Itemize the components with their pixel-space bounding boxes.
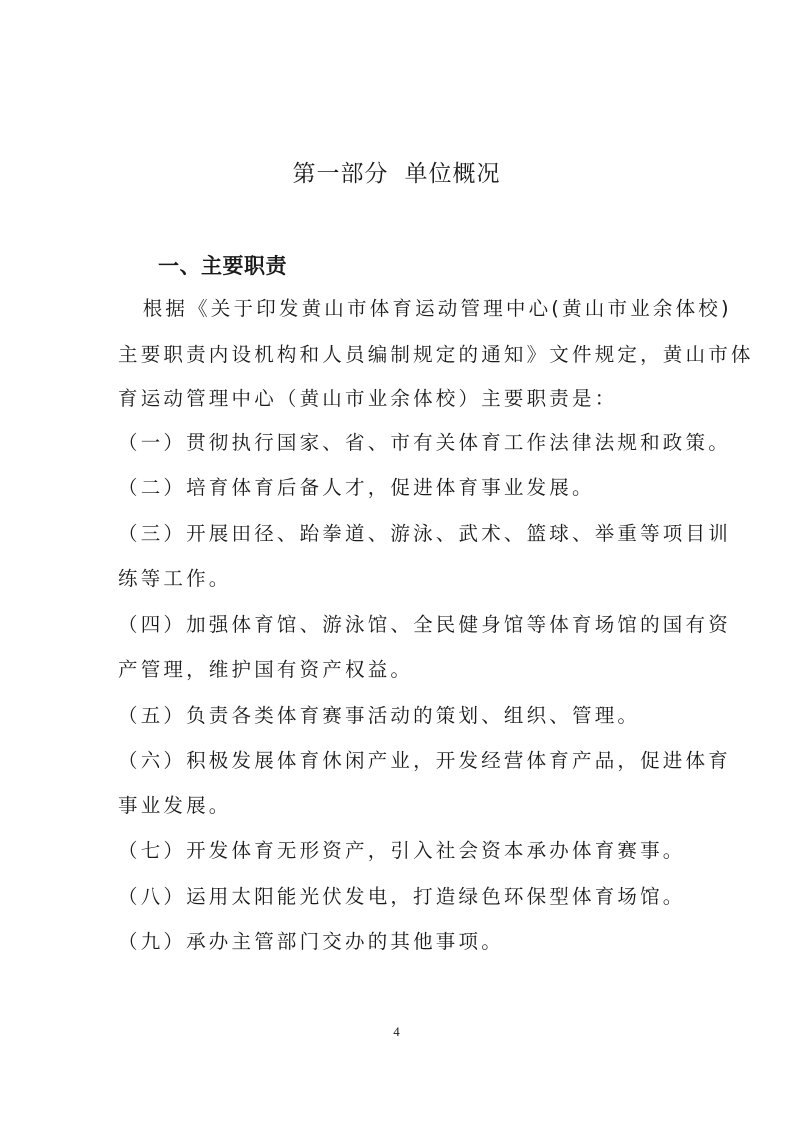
page-title: 第一部分单位概况 [0, 155, 793, 188]
body-line: 根据《关于印发黄山市体育运动管理中心(黄山市业余体校) [120, 296, 695, 322]
list-item-6-cont: 事业发展。 [118, 793, 693, 819]
body-line: 育运动管理中心（黄山市业余体校）主要职责是： [118, 386, 693, 412]
body-line: 主要职责内设机构和人员编制规定的通知》文件规定，黄山市体 [118, 342, 693, 368]
list-item-4: （四）加强体育馆、游泳馆、全民健身馆等体育场馆的国有资 [118, 612, 693, 638]
title-part-1: 第一部分 [293, 155, 389, 188]
title-part-2: 单位概况 [405, 155, 501, 188]
list-item-7: （七）开发体育无形资产，引入社会资本承办体育赛事。 [118, 838, 693, 864]
list-item-4-cont: 产管理，维护国有资产权益。 [118, 657, 693, 683]
section-heading: 一、主要职责 [158, 250, 287, 280]
list-item-6: （六）积极发展体育休闲产业，开发经营体育产品，促进体育 [118, 748, 693, 774]
list-item-5: （五）负责各类体育赛事活动的策划、组织、管理。 [118, 703, 693, 729]
list-item-3-cont: 练等工作。 [118, 566, 693, 592]
list-item-1: （一）贯彻执行国家、省、市有关体育工作法律法规和政策。 [118, 430, 693, 456]
list-item-2: （二）培育体育后备人才，促进体育事业发展。 [118, 475, 693, 501]
list-item-8: （八）运用太阳能光伏发电，打造绿色环保型体育场馆。 [118, 884, 693, 910]
list-item-3: （三）开展田径、跆拳道、游泳、武术、篮球、举重等项目训 [118, 521, 693, 547]
page-number: 4 [0, 1024, 793, 1040]
list-item-9: （九）承办主管部门交办的其他事项。 [118, 929, 693, 955]
